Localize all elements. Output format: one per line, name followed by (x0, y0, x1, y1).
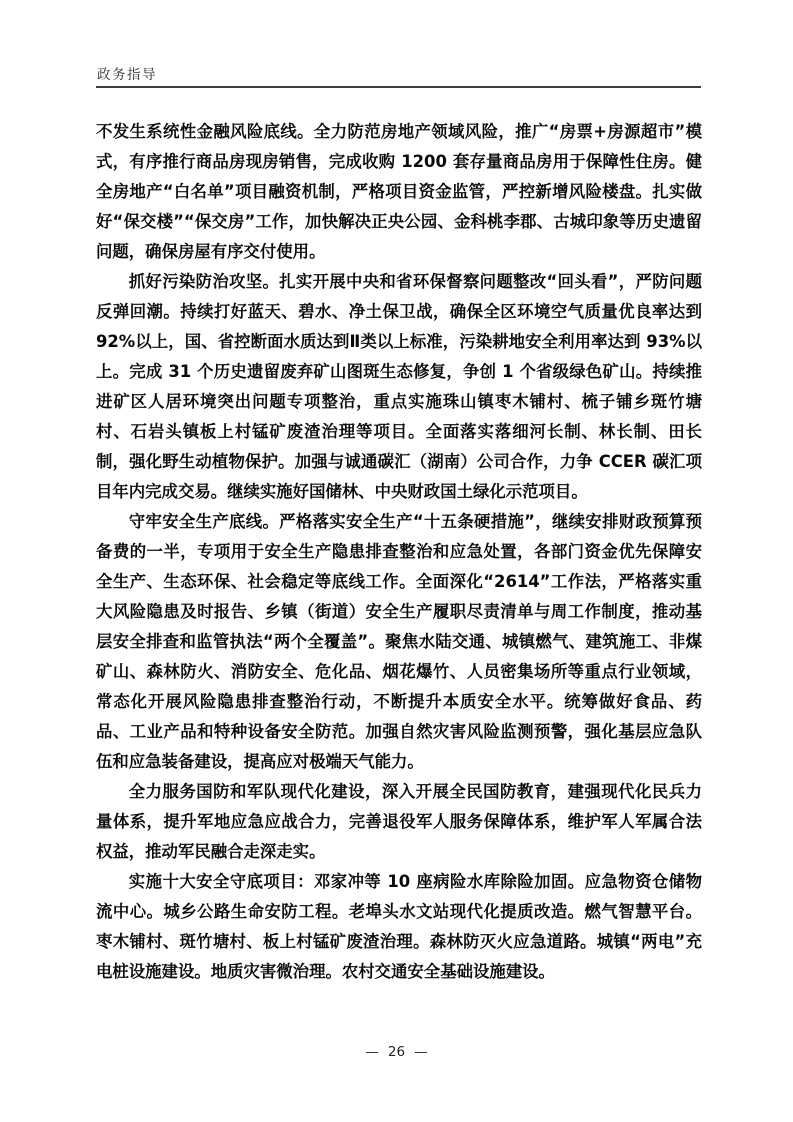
body-paragraph-financial-risk: 不发生系统性金融风险底线。全力防范房地产领域风险，推广“房票+房源超市”模式，有… (96, 117, 702, 267)
document-body: 不发生系统性金融风险底线。全力防范房地产领域风险，推广“房票+房源超市”模式，有… (96, 117, 702, 987)
page-footer: —26— (0, 1044, 793, 1060)
footer-dash-right: — (414, 1044, 428, 1060)
footer-dash-left: — (365, 1044, 379, 1060)
footer-page-number: 26 (388, 1044, 405, 1060)
body-paragraph-pollution-control: 抓好污染防治攻坚。扎实开展中央和省环保督察问题整改“回头看”，严防问题反弹回潮。… (96, 267, 702, 507)
body-paragraph-work-safety: 守牢安全生产底线。严格落实安全生产“十五条硬措施”，继续安排财政预算预备费的一半… (96, 507, 702, 777)
body-paragraph-ten-safety-projects: 实施十大安全守底项目：邓家冲等 10 座病险水库除险加固。应急物资仓储物流中心。… (96, 867, 702, 987)
body-paragraph-national-defense: 全力服务国防和军队现代化建设，深入开展全民国防教育，建强现代化民兵力量体系，提升… (96, 777, 702, 867)
document-page: 政务指导 不发生系统性金融风险底线。全力防范房地产领域风险，推广“房票+房源超市… (0, 0, 793, 1122)
header-rule (96, 86, 701, 88)
header-section-title: 政务指导 (97, 63, 157, 83)
